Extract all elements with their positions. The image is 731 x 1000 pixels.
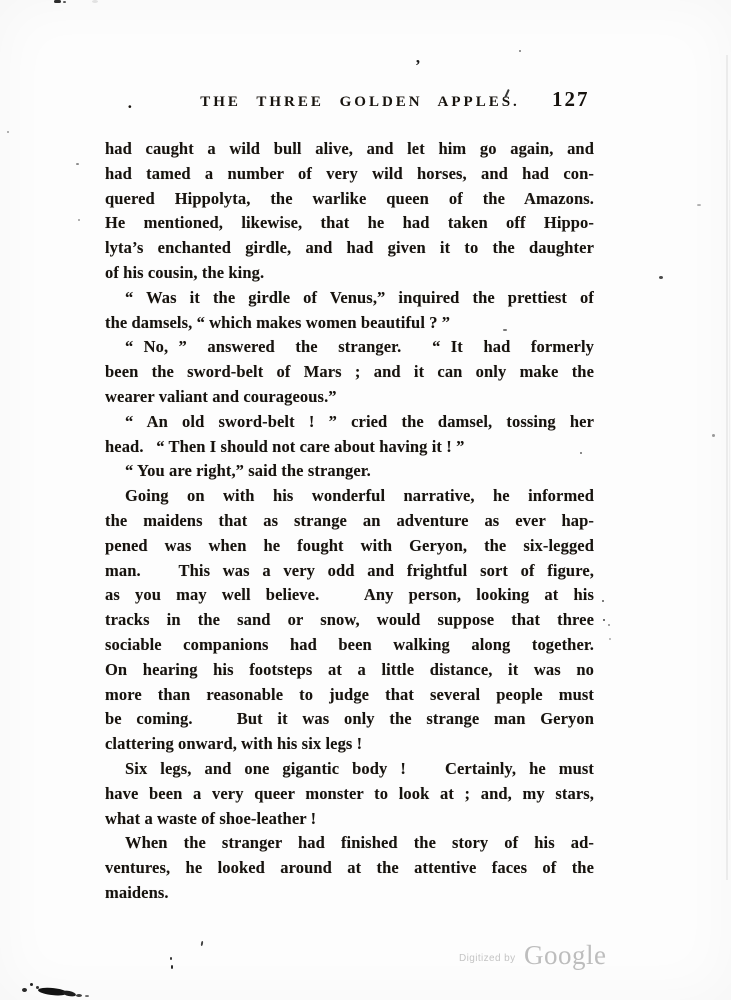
page-edge-shadow xyxy=(729,140,730,820)
scan-speck xyxy=(712,434,715,437)
scan-speck xyxy=(609,638,611,640)
scan-speck xyxy=(201,941,204,946)
scanned-book-page: · THE THREE GOLDEN APPLES. 127 had caugh… xyxy=(0,0,731,1000)
scan-speck xyxy=(602,600,604,602)
page-number: 127 xyxy=(552,87,590,112)
text-line: head. “ Then I should not care about hav… xyxy=(105,435,594,460)
text-line: the damsels, “ which makes women beautif… xyxy=(105,311,594,336)
text-line: Six legs, and one gigantic body ! Certai… xyxy=(105,757,594,782)
scan-speck xyxy=(608,624,610,626)
text-line: “ You are right,” said the stranger. xyxy=(105,459,594,484)
text-line: man. This was a very odd and frightful s… xyxy=(105,559,594,584)
text-line: have been a very queer monster to look a… xyxy=(105,782,594,807)
running-title: THE THREE GOLDEN APPLES. xyxy=(200,94,520,111)
text-line: tracks in the sand or snow, would suppos… xyxy=(105,608,594,633)
scan-speck xyxy=(659,276,663,279)
scan-speck xyxy=(170,957,172,960)
text-line: pened was when he fought with Geryon, th… xyxy=(105,534,594,559)
text-line: maidens. xyxy=(105,881,594,906)
page-edge-shadow xyxy=(726,55,728,880)
text-line: more than reasonable to judge that sever… xyxy=(105,683,594,708)
text-line: “ No, ” answered the stranger. “ It had … xyxy=(105,335,594,360)
text-line: lyta’s enchanted girdle, and had given i… xyxy=(105,236,594,261)
text-line: wearer valiant and courageous.” xyxy=(105,385,594,410)
scan-speck xyxy=(580,452,582,454)
text-line: ventures, he looked around at the attent… xyxy=(105,856,594,881)
page-header: · THE THREE GOLDEN APPLES. 127 xyxy=(0,0,731,130)
scan-speck xyxy=(92,0,98,3)
stray-apostrophe-mark: ’ xyxy=(415,56,421,76)
scan-speck xyxy=(76,163,79,165)
text-line: had caught a wild bull alive, and let hi… xyxy=(105,137,594,162)
text-line: “ An old sword-belt ! ” cried the damsel… xyxy=(105,410,594,435)
text-line: sociable companions had been walking alo… xyxy=(105,633,594,658)
scan-speck xyxy=(63,1,66,3)
text-line: been the sword-belt of Mars ; and it can… xyxy=(105,360,594,385)
text-line: On hearing his footsteps at a little dis… xyxy=(105,658,594,683)
text-line: had tamed a number of very wild horses, … xyxy=(105,162,594,187)
text-line: be coming. But it was only the strange m… xyxy=(105,707,594,732)
scan-speck xyxy=(7,131,9,133)
digitized-by-label: Digitized by xyxy=(459,953,516,964)
text-line: “ Was it the girdle of Venus,” inquired … xyxy=(105,286,594,311)
scan-speck xyxy=(519,50,521,52)
text-line: the maidens that as strange an adventure… xyxy=(105,509,594,534)
text-column: had caught a wild bull alive, and let hi… xyxy=(105,137,594,906)
scan-speck xyxy=(171,965,173,969)
scan-speck xyxy=(78,219,80,221)
text-line: When the stranger had finished the story… xyxy=(105,831,594,856)
text-line: He mentioned, likewise, that he had take… xyxy=(105,211,594,236)
scan-speck xyxy=(697,204,701,206)
text-line: Going on with his wonderful narrative, h… xyxy=(105,484,594,509)
google-logo: Google xyxy=(524,940,606,971)
text-line: quered Hippolyta, the warlike queen of t… xyxy=(105,187,594,212)
text-line: what a waste of shoe-leather ! xyxy=(105,807,594,832)
header-margin-dot: · xyxy=(127,97,133,117)
scan-speck xyxy=(503,329,507,331)
scan-speck xyxy=(603,619,605,621)
text-line: as you may well believe. Any person, loo… xyxy=(105,583,594,608)
text-line: of his cousin, the king. xyxy=(105,261,594,286)
text-line: clattering onward, with his six legs ! xyxy=(105,732,594,757)
scan-speck xyxy=(54,0,61,3)
